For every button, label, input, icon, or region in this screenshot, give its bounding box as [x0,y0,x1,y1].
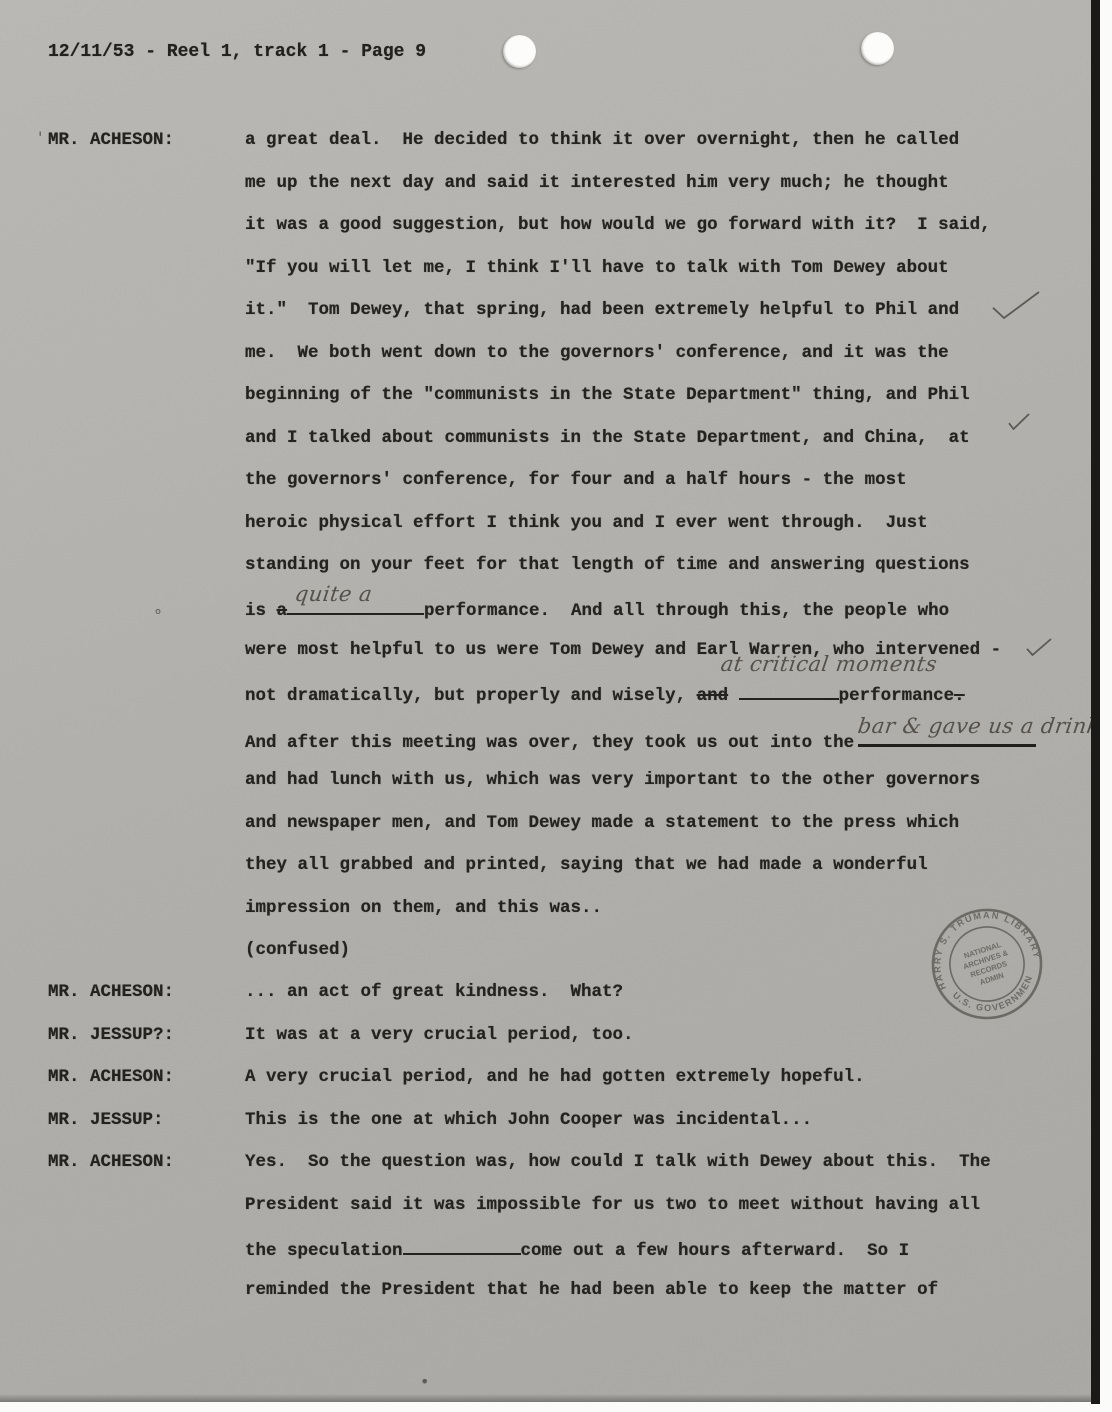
speaker-label: MR. ACHESON: [48,982,174,1002]
transcript-line: MR. ACHESON:Yes. So the question was, ho… [0,1152,1112,1176]
transcript-line: not dramatically, but properly and wisel… [0,683,1112,707]
transcript-text: It was at a very crucial period, too. [245,1025,634,1045]
stray-mark: ° [154,606,162,625]
transcript-text: the speculationcome out a few hours afte… [245,1238,909,1261]
transcript-line: they all grabbed and printed, saying tha… [0,855,1112,879]
transcript-text: ... an act of great kindness. What? [245,982,623,1002]
transcript-text: heroic physical effort I think you and I… [245,513,928,533]
speaker-label: MR. ACHESON: [48,1067,174,1087]
transcript-line: "If you will let me, I think I'll have t… [0,258,1112,282]
transcript-line: it." Tom Dewey, that spring, had been ex… [0,300,1112,324]
speaker-label: MR. ACHESON: [48,130,174,150]
stray-mark: ' [38,128,42,147]
scan-edge-right [1100,0,1112,1412]
page-header: 12/11/53 - Reel 1, track 1 - Page 9 [48,42,426,62]
scan-edge-bottom-shadow [0,1394,1100,1402]
transcript-text: Yes. So the question was, how could I ta… [245,1152,991,1172]
transcript-line: me up the next day and said it intereste… [0,173,1112,197]
transcript-text: This is the one at which John Cooper was… [245,1110,812,1130]
transcript-line: reminded the President that he had been … [0,1280,1112,1304]
transcript-line: beginning of the "communists in the Stat… [0,385,1112,409]
transcript-line: heroic physical effort I think you and I… [0,513,1112,537]
transcript-line: and had lunch with us, which was very im… [0,770,1112,794]
transcript-text: And after this meeting was over, they to… [245,728,1036,753]
transcript-line: were most helpful to us were Tom Dewey a… [0,640,1112,664]
transcript-text: and had lunch with us, which was very im… [245,770,980,790]
transcript-text: it." Tom Dewey, that spring, had been ex… [245,300,959,320]
transcript-line: and newspaper men, and Tom Dewey made a … [0,813,1112,837]
transcript-text: the governors' conference, for four and … [245,470,907,490]
transcript-line: President said it was impossible for us … [0,1195,1112,1219]
transcript-text: standing on your feet for that length of… [245,555,970,575]
transcript-text: A very crucial period, and he had gotten… [245,1067,865,1087]
typed-blank-line: quite a [287,598,424,615]
typed-blank-line [403,1238,521,1255]
transcript-line: the speculationcome out a few hours afte… [0,1238,1112,1262]
struck-text: and [697,686,729,706]
transcript-line: MR. ACHESON:A very crucial period, and h… [0,1067,1112,1091]
struck-text: a [277,601,288,621]
transcript-line: it was a good suggestion, but how would … [0,215,1112,239]
transcript-text: and newspaper men, and Tom Dewey made a … [245,813,959,833]
transcript-text: is aquite aperformance. And all through … [245,598,949,621]
transcript-text: "If you will let me, I think I'll have t… [245,258,949,278]
handwritten-annotation: at critical moments [719,652,938,676]
stray-mark: • [420,1372,429,1391]
typed-blank-line: at critical moments [739,683,839,700]
punch-hole-left [503,35,536,68]
handwritten-annotation-underlined: bar & gave us a drink [858,728,1036,747]
punch-hole-right [861,32,894,65]
transcript-line: is aquite aperformance. And all through … [0,598,1112,622]
transcript-line: standing on your feet for that length of… [0,555,1112,579]
transcript-text: reminded the President that he had been … [245,1280,938,1300]
transcript-line: the governors' conference, for four and … [0,470,1112,494]
transcript-text: (confused) [245,940,350,960]
speaker-label: MR. ACHESON: [48,1152,174,1172]
transcript-text: and I talked about communists in the Sta… [245,428,970,448]
speaker-label: MR. JESSUP: [48,1110,164,1130]
transcript-text: President said it was impossible for us … [245,1195,980,1215]
transcript-line: me. We both went down to the governors' … [0,343,1112,367]
transcript-line: and I talked about communists in the Sta… [0,428,1112,452]
transcript-text: me. We both went down to the governors' … [245,343,949,363]
transcript-line: And after this meeting was over, they to… [0,728,1112,752]
transcript-line: MR. JESSUP:This is the one at which John… [0,1110,1112,1134]
scan-edge-bottom [0,1402,1112,1412]
transcript-text: impression on them, and this was.. [245,898,602,918]
transcript-text: not dramatically, but properly and wisel… [245,683,965,706]
handwritten-annotation: quite a [293,582,374,606]
scan-edge-right-shadow [1091,0,1100,1404]
transcript-text: a great deal. He decided to think it ove… [245,130,959,150]
transcript-text: they all grabbed and printed, saying tha… [245,855,928,875]
transcript-line: MR. JESSUP?:It was at a very crucial per… [0,1025,1112,1049]
transcript-text: me up the next day and said it intereste… [245,173,949,193]
transcript-text: it was a good suggestion, but how would … [245,215,991,235]
speaker-label: MR. JESSUP?: [48,1025,174,1045]
document-page: 12/11/53 - Reel 1, track 1 - Page 9 MR. … [0,0,1112,1412]
transcript-line: MR. ACHESON:a great deal. He decided to … [0,130,1112,154]
struck-text: . [954,686,965,706]
transcript-text: beginning of the "communists in the Stat… [245,385,970,405]
